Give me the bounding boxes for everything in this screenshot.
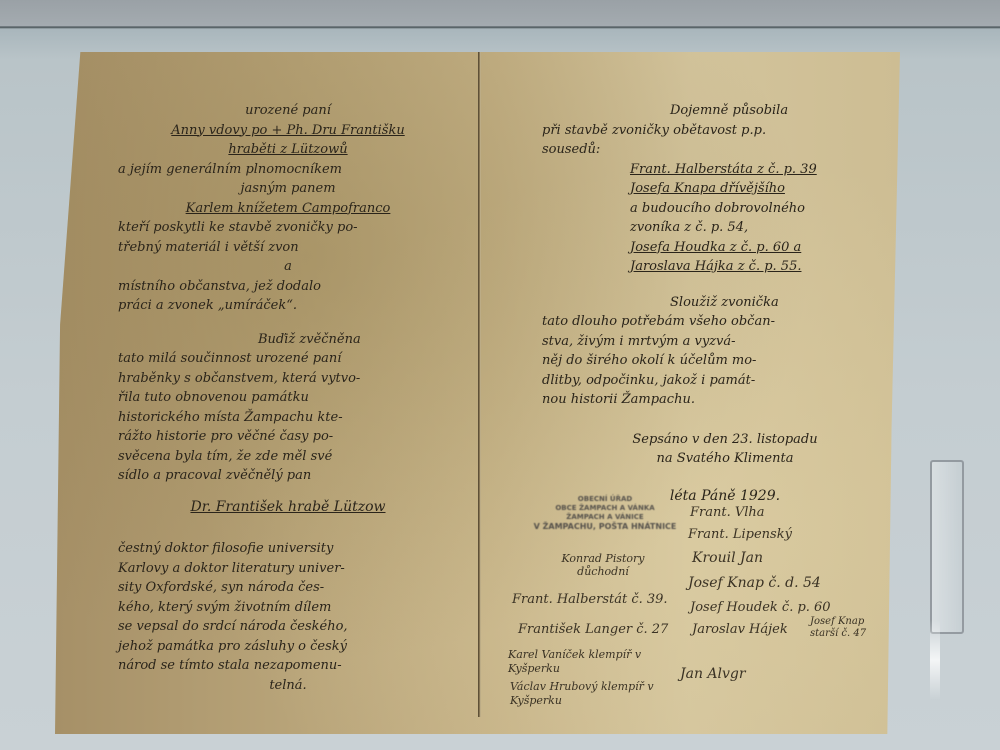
signature: Josef Knap č. d. 54 <box>688 575 821 591</box>
right-page: Dojemně působila při stavbě zvoničky obě… <box>570 95 880 506</box>
document-fold-line <box>478 52 481 717</box>
signature: Václav Hrubový klempíř v Kyšperku <box>510 680 680 708</box>
signature: Josef Houdek č. p. 60 <box>690 600 831 615</box>
signature: Jan Alvgr <box>680 666 746 682</box>
text-line: kteří poskytli ke stavbě zvoničky po- <box>118 218 458 238</box>
stamp-line: ŽAMPACH A VÁNICE <box>530 513 680 522</box>
text-line: jasným panem <box>118 179 458 199</box>
text-line: a <box>118 257 458 277</box>
text-line: sousedů: <box>542 140 880 160</box>
text-line: čestný doktor filosofie university <box>118 539 458 559</box>
text-line: a budoucího dobrovolného <box>570 199 880 219</box>
text-line: při stavbě zvoničky obětavost p.p. <box>542 121 880 141</box>
text-line: třebný materiál i větší zvon <box>118 238 458 258</box>
text-line: nou historii Žampachu. <box>542 390 880 410</box>
text-line-heading: Dr. František hrabě Lützow <box>118 498 458 518</box>
text-line: místního občanstva, jež dodalo <box>118 277 458 297</box>
text-line: Karlovy a doktor literatury univer- <box>118 559 458 579</box>
signature: Frant. Halberstát č. 39. <box>512 592 668 607</box>
text-line: práci a zvonek „umíráček“. <box>118 296 458 316</box>
signature: František Langer č. 27 <box>518 622 668 637</box>
signature: Jaroslav Hájek <box>692 622 788 637</box>
text-line: Josefa Knapa dřívějšího <box>570 179 880 199</box>
text-line: něj do širého okolí k účelům mo- <box>542 351 880 371</box>
text-line: svěcena byla tím, že zde měl své <box>118 447 458 467</box>
text-line: národ se tímto stala nezapomenu- <box>118 656 458 676</box>
text-line: sídlo a pracoval zvěčnělý pan <box>118 466 458 486</box>
text-line: Anny vdovy po + Ph. Dru Františku <box>118 121 458 141</box>
text-line: se vepsal do srdcí národa českého, <box>118 617 458 637</box>
text-line: Sloužiž zvonička <box>570 293 880 313</box>
signature: Krouil Jan <box>692 550 763 566</box>
text-line: Sepsáno v den 23. listopadu <box>570 430 880 450</box>
stamp-line: OBCE ŽAMPACH A VÁNKA <box>530 504 680 513</box>
signature: Karel Vaníček klempíř v Kyšperku <box>508 648 678 676</box>
text-line: zvoníka z č. p. 54, <box>570 218 880 238</box>
glass-glare <box>930 620 940 700</box>
text-line: Frant. Halberstáta z č. p. 39 <box>570 160 880 180</box>
text-line: tato milá součinnost urozené paní <box>118 349 458 369</box>
stamp-line: OBECNÍ ÚŘAD <box>530 495 680 504</box>
text-line: dlitby, odpočinku, jakož i památ- <box>542 371 880 391</box>
signature: Konrad Pistory důchodní <box>548 552 658 578</box>
text-line: telná. <box>118 676 458 696</box>
official-stamp: OBECNÍ ÚŘAD OBCE ŽAMPACH A VÁNKA ŽAMPACH… <box>530 495 680 531</box>
text-line: a jejím generálním plnomocníkem <box>118 160 458 180</box>
text-line: Karlem knížetem Campofranco <box>118 199 458 219</box>
signature: Frant. Vlha <box>690 505 765 520</box>
left-page: urozené paní Anny vdovy po + Ph. Dru Fra… <box>118 95 458 695</box>
text-line: kého, který svým životním dílem <box>118 598 458 618</box>
text-line: Buďiž zvěčněna <box>118 330 458 350</box>
text-line: Dojemně působila <box>570 101 880 121</box>
text-line: urozené paní <box>118 101 458 121</box>
display-case-glass-reflection <box>930 460 964 634</box>
stamp-line: V ŽAMPACHU, POŠTA HNÁTNICE <box>530 522 680 531</box>
text-line: hraběti z Lützowů <box>118 140 458 160</box>
text-line: jehož památka pro zásluhy o český <box>118 637 458 657</box>
text-line: rážto historie pro věčné časy po- <box>118 427 458 447</box>
text-line: historického místa Žampachu kte- <box>118 408 458 428</box>
text-line: sity Oxfordské, syn národa čes- <box>118 578 458 598</box>
text-line: tato dlouho potřebám všeho občan- <box>542 312 880 332</box>
text-line: na Svatého Klimenta <box>570 449 880 469</box>
text-line: Jaroslava Hájka z č. p. 55. <box>570 257 880 277</box>
text-line: hraběnky s občanstvem, která vytvo- <box>118 369 458 389</box>
text-line: řila tuto obnovenou památku <box>118 388 458 408</box>
text-line: stva, živým i mrtvým a vyzvá- <box>542 332 880 352</box>
text-line: Josefa Houdka z č. p. 60 a <box>570 238 880 258</box>
signature: Josef Knap starší č. 47 <box>810 616 880 640</box>
signature: Frant. Lipenský <box>688 527 792 542</box>
